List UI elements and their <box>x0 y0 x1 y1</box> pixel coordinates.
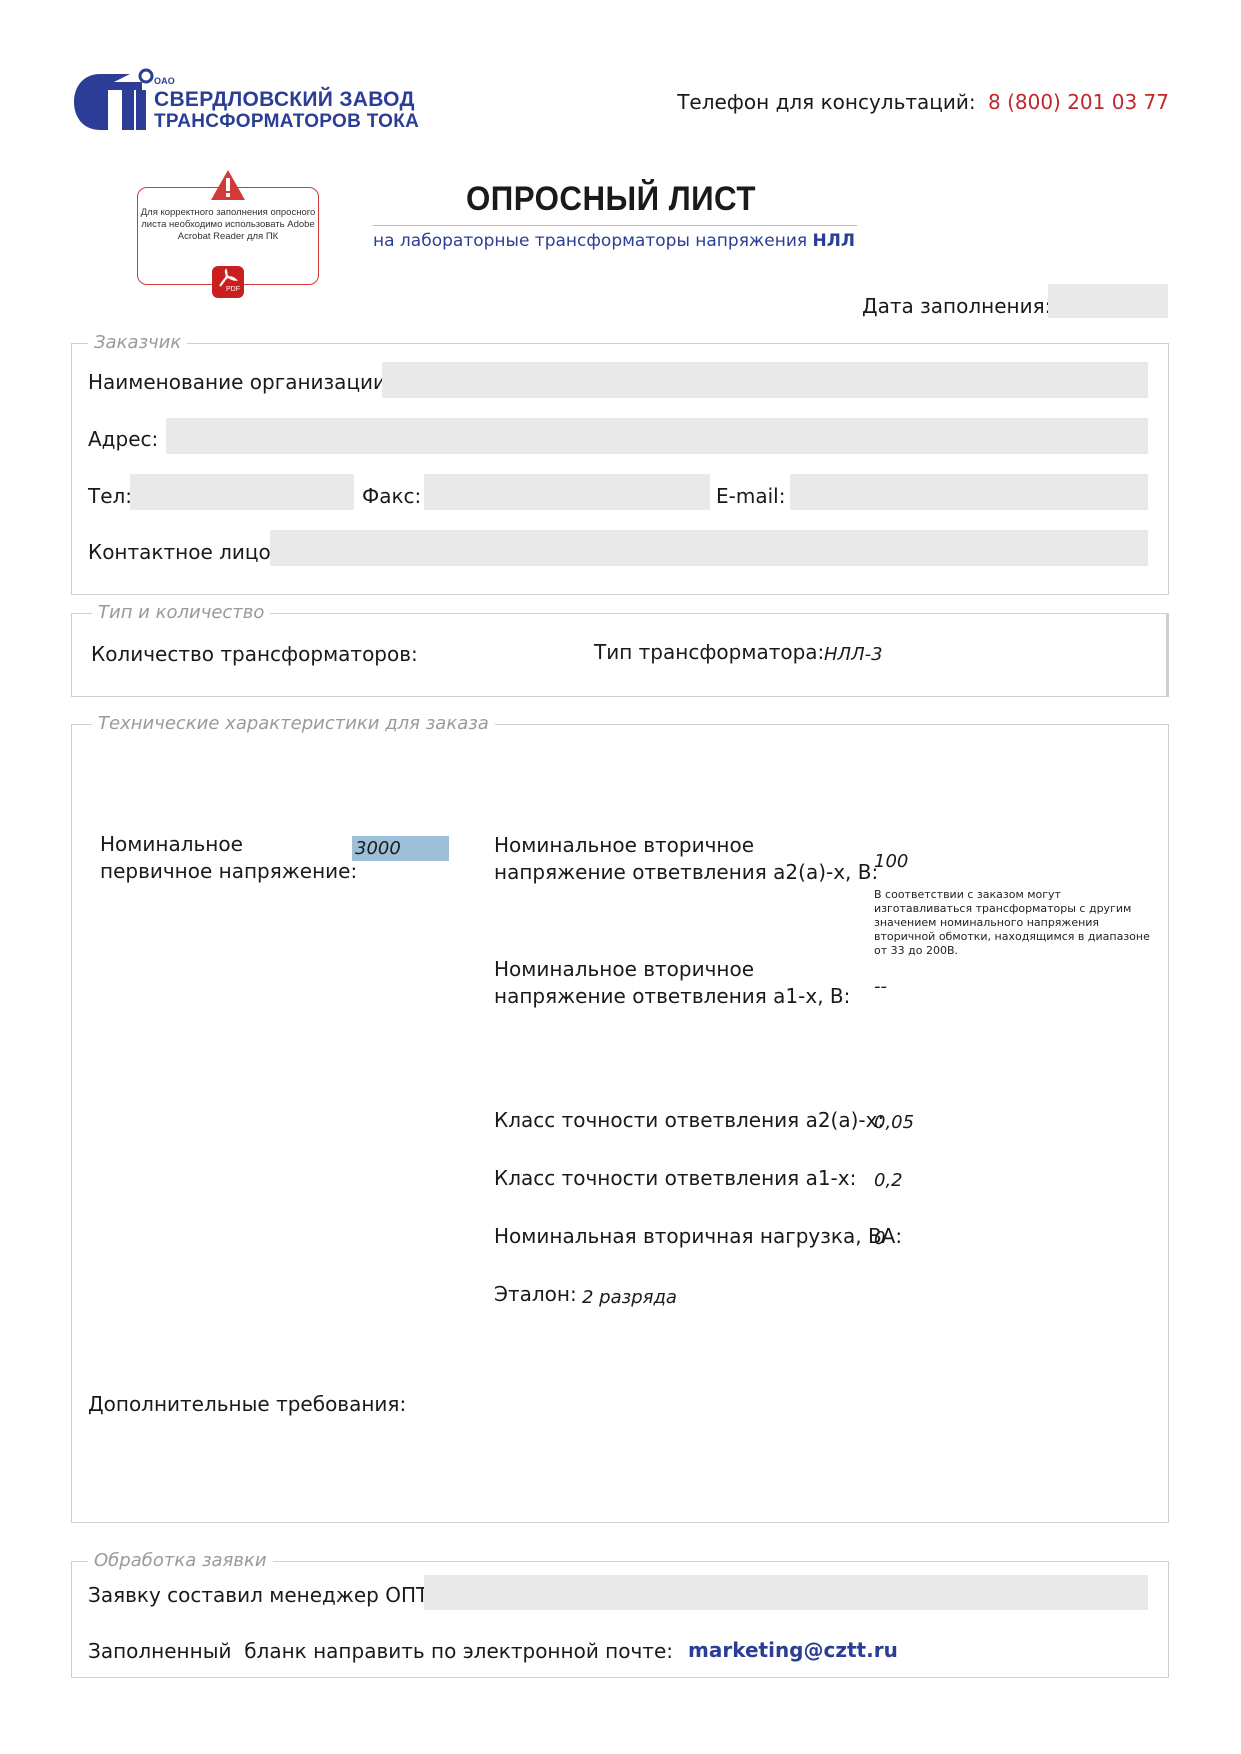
logo-emblem-icon <box>70 68 156 134</box>
contact-field[interactable] <box>270 530 1148 566</box>
email-field[interactable] <box>790 474 1148 510</box>
title-divider <box>373 225 857 226</box>
acc-a1-label: Класс точности ответвления а1-х: <box>494 1166 856 1190</box>
phone-field-label: Тел: <box>88 484 132 508</box>
logo-line-1: СВЕРДЛОВСКИЙ ЗАВОД <box>154 88 415 112</box>
send-label: Заполненный бланк направить по электронн… <box>88 1639 673 1663</box>
page-subtitle: на лабораторные трансформаторы напряжени… <box>373 231 855 251</box>
primary-voltage-label-2: первичное напряжение: <box>100 859 357 883</box>
primary-voltage-label-1: Номинальное <box>100 832 243 856</box>
sec-a2-value[interactable]: 100 <box>874 851 908 872</box>
extra-req-field[interactable] <box>88 1420 1148 1500</box>
sec-a2-note: В соответствии с заказом могут изготавли… <box>874 888 1154 958</box>
phone-field[interactable] <box>130 474 354 510</box>
customer-legend: Заказчик <box>88 332 187 353</box>
consult-phone: Телефон для консультаций: 8 (800) 201 03… <box>677 90 1169 114</box>
sec-a2-label-2: напряжение ответвления а2(а)-х, В: <box>494 860 878 884</box>
type-qty-legend: Тип и количество <box>92 602 270 623</box>
notice-text: Для корректного заполнения опросного лис… <box>137 207 319 243</box>
logo-line-2: ТРАНСФОРМАТОРОВ ТОКА <box>154 111 419 133</box>
warning-icon <box>210 169 246 201</box>
date-label: Дата заполнения: <box>862 294 1051 318</box>
org-field[interactable] <box>382 362 1148 398</box>
primary-voltage-field[interactable]: 3000 <box>352 836 449 861</box>
etalon-label: Эталон: <box>494 1282 577 1306</box>
phone-number[interactable]: 8 (800) 201 03 77 <box>988 90 1169 114</box>
email-label: E-mail: <box>716 484 785 508</box>
page-title: ОПРОСНЫЙ ЛИСТ <box>466 180 756 219</box>
acc-a1-value[interactable]: 0,2 <box>874 1170 903 1191</box>
address-field[interactable] <box>166 418 1148 454</box>
tech-legend: Технические характеристики для заказа <box>92 713 495 734</box>
sec-a1-label-2: напряжение ответвления а1-х, В: <box>494 984 850 1008</box>
sec-a1-label-1: Номинальное вторичное <box>494 957 754 981</box>
subtitle-model: НЛЛ <box>813 231 855 251</box>
load-label: Номинальная вторичная нагрузка, ВА: <box>494 1224 902 1248</box>
manager-label: Заявку составил менеджер ОПТ: <box>88 1583 435 1607</box>
logo-prefix: ОАО <box>154 76 175 86</box>
send-email-link[interactable]: marketing@cztt.ru <box>688 1638 898 1662</box>
sec-a1-value[interactable]: -- <box>874 976 887 997</box>
date-field[interactable] <box>1048 284 1168 318</box>
address-label: Адрес: <box>88 427 158 451</box>
extra-req-label: Дополнительные требования: <box>88 1392 406 1416</box>
contact-label: Контактное лицо: <box>88 540 278 564</box>
type-value[interactable]: НЛЛ-3 <box>824 644 883 665</box>
type-label: Тип трансформатора: <box>594 640 824 664</box>
fax-label: Факс: <box>362 484 421 508</box>
phone-label: Телефон для консультаций: <box>677 90 975 114</box>
load-value[interactable]: 0 <box>874 1228 885 1249</box>
acc-a2-label: Класс точности ответвления а2(а)-х: <box>494 1108 884 1132</box>
fax-field[interactable] <box>424 474 710 510</box>
subtitle-text: на лабораторные трансформаторы напряжени… <box>373 231 807 251</box>
processing-legend: Обработка заявки <box>88 1550 273 1571</box>
qty-label: Количество трансформаторов: <box>91 642 418 666</box>
pdf-icon: PDF <box>212 266 244 298</box>
org-label: Наименование организации: <box>88 370 393 394</box>
qty-field[interactable] <box>400 636 580 670</box>
acc-a2-value[interactable]: 0,05 <box>874 1112 914 1133</box>
manager-field[interactable] <box>424 1575 1148 1610</box>
etalon-value[interactable]: 2 разряда <box>582 1287 677 1308</box>
sec-a2-label-1: Номинальное вторичное <box>494 833 754 857</box>
